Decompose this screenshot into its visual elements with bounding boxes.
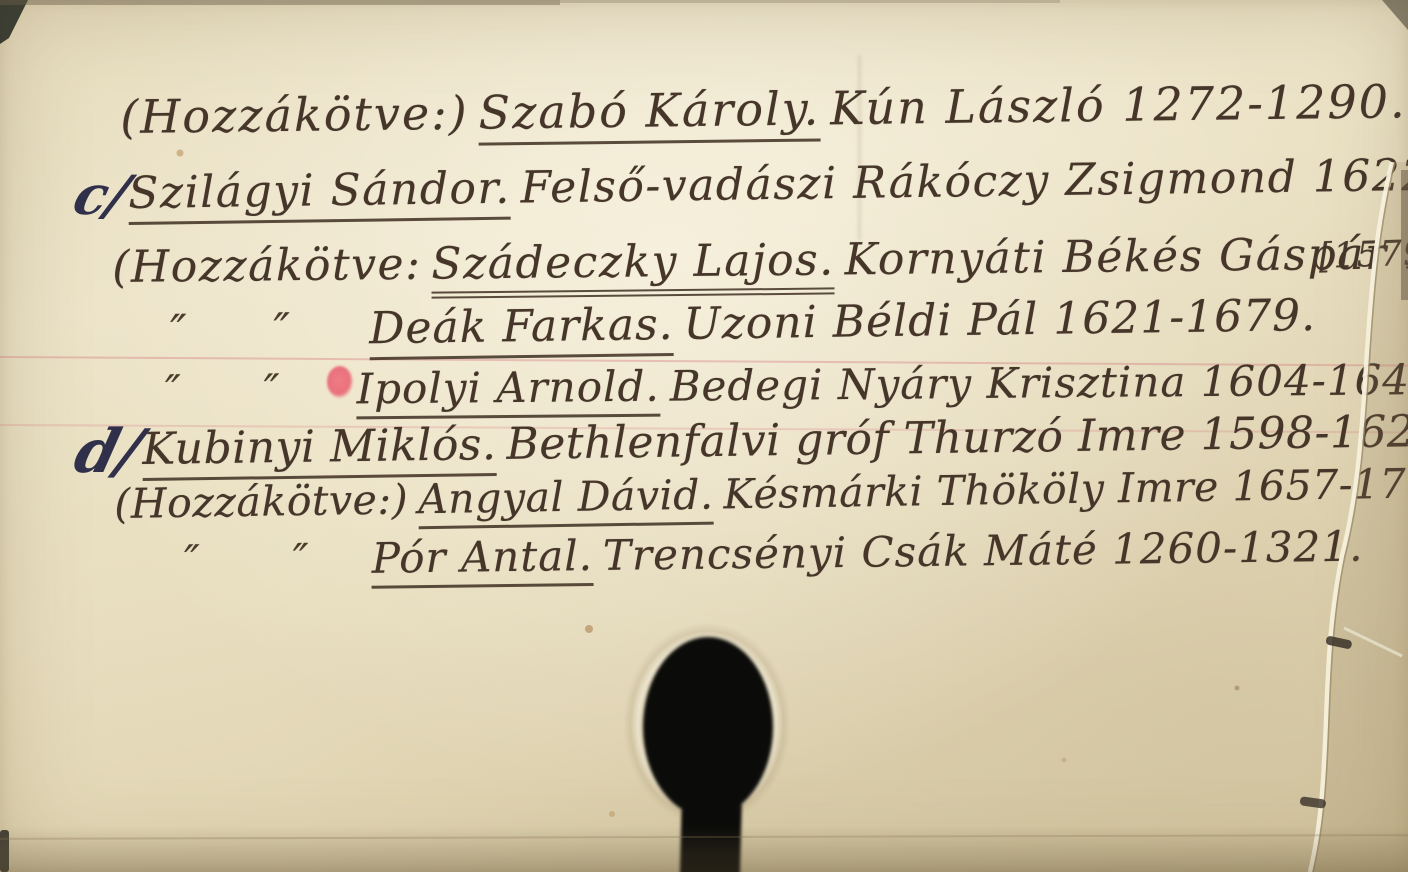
catalog-card: (Hozzákötve:)Szabó Károly.Kún László 127… (0, 0, 1408, 872)
punch-hole (0, 0, 1408, 872)
edge-shadow-bottom (0, 826, 1408, 872)
